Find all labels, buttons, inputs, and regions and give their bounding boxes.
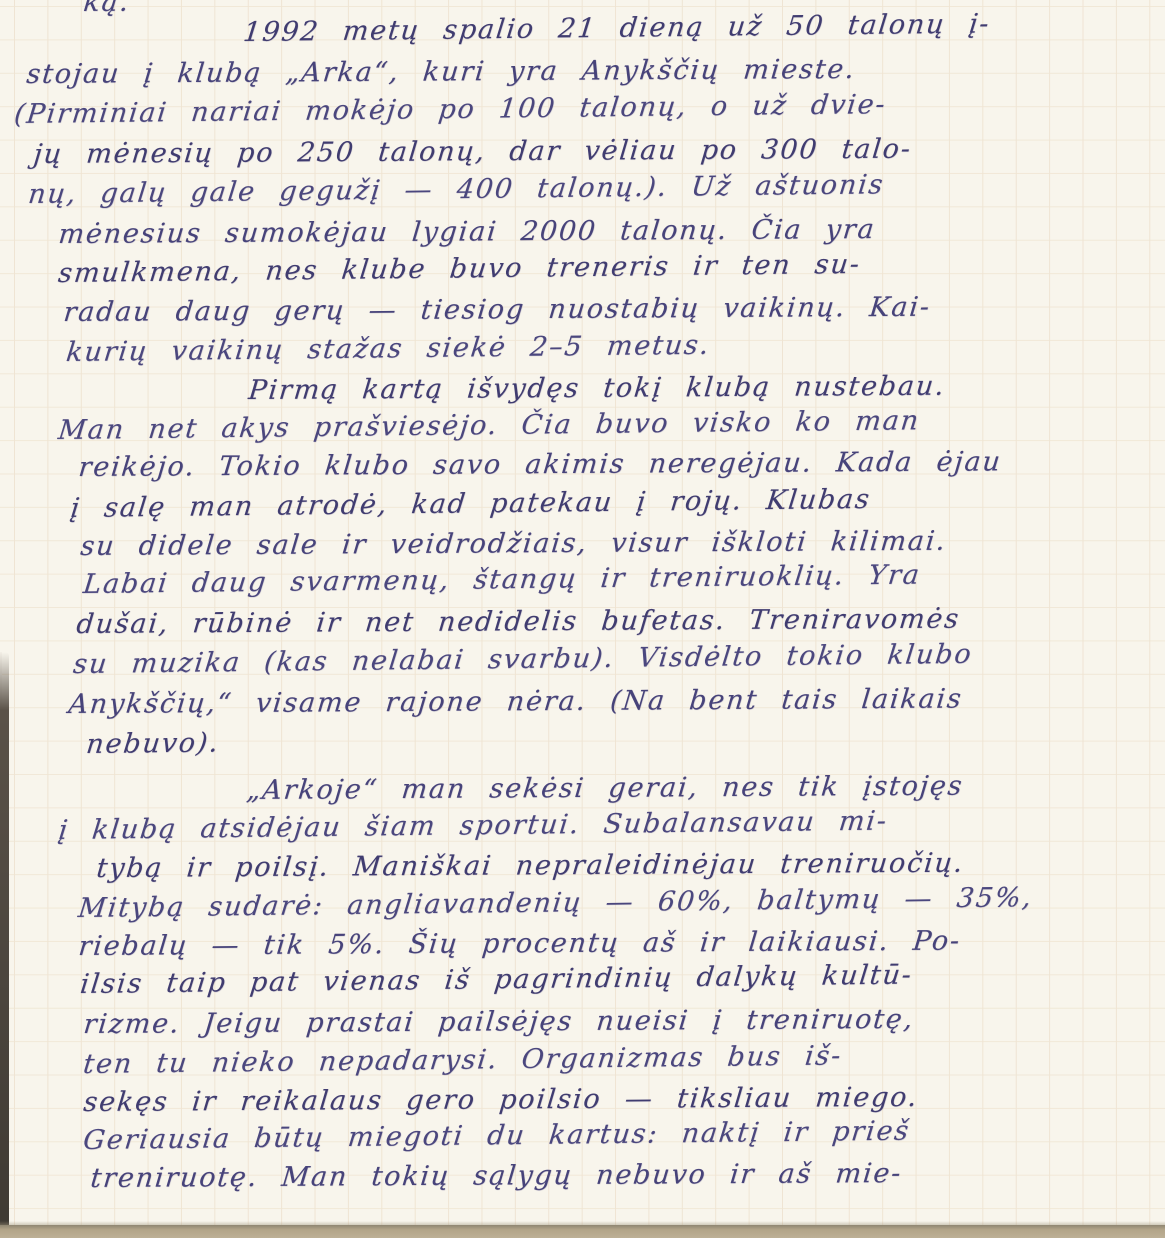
handwritten-line: su didele sale ir veidrodžiais, visur iš… (79, 527, 948, 562)
handwritten-line: riebalų — tik 5%. Šių procentų aš ir lai… (77, 927, 962, 962)
notebook-page: ką. 1992 metų spalio 21 dieną už 50 talo… (0, 0, 1165, 1238)
handwritten-line: treniruotę. Man tokių sąlygų nebuvo ir a… (89, 1159, 904, 1194)
scan-edge-bottom (0, 1225, 1165, 1238)
handwritten-line: tybą ir poilsį. Maniškai nepraleidinėjau… (95, 849, 966, 884)
handwritten-line: dušai, rūbinė ir net nedidelis bufetas. … (75, 605, 961, 640)
handwritten-line: „Arkoje“ man sekėsi gerai, nes tik įstoj… (245, 772, 965, 806)
handwritten-line: rizme. Jeigu prastai pailsėjęs nueisi į … (82, 1005, 915, 1040)
handwritten-line: nebuvo). (85, 728, 222, 759)
handwritten-line: sekęs ir reikalaus gero poilsio — tiksli… (82, 1083, 920, 1118)
handwritten-line: jų mėnesių po 250 talonų, dar vėliau po … (32, 135, 913, 170)
handwritten-line: Anykščių,“ visame rajone nėra. (Na bent … (67, 685, 964, 720)
scan-edge-left (0, 652, 9, 1238)
handwritten-line: Pirmą kartą išvydęs tokį klubą nustebau. (247, 372, 947, 406)
handwritten-line-fragment: ką. (82, 0, 131, 18)
handwritten-line: mėnesius sumokėjau lygiai 2000 talonų. Č… (57, 215, 877, 250)
handwritten-line: reikėjo. Tokio klubo savo akimis neregėj… (77, 447, 1003, 482)
handwritten-line: stojau į klubą „Arka“, kuri yra Anykščių… (25, 55, 857, 90)
handwritten-line: radau daug gerų — tiesiog nuostabių vaik… (62, 293, 932, 328)
